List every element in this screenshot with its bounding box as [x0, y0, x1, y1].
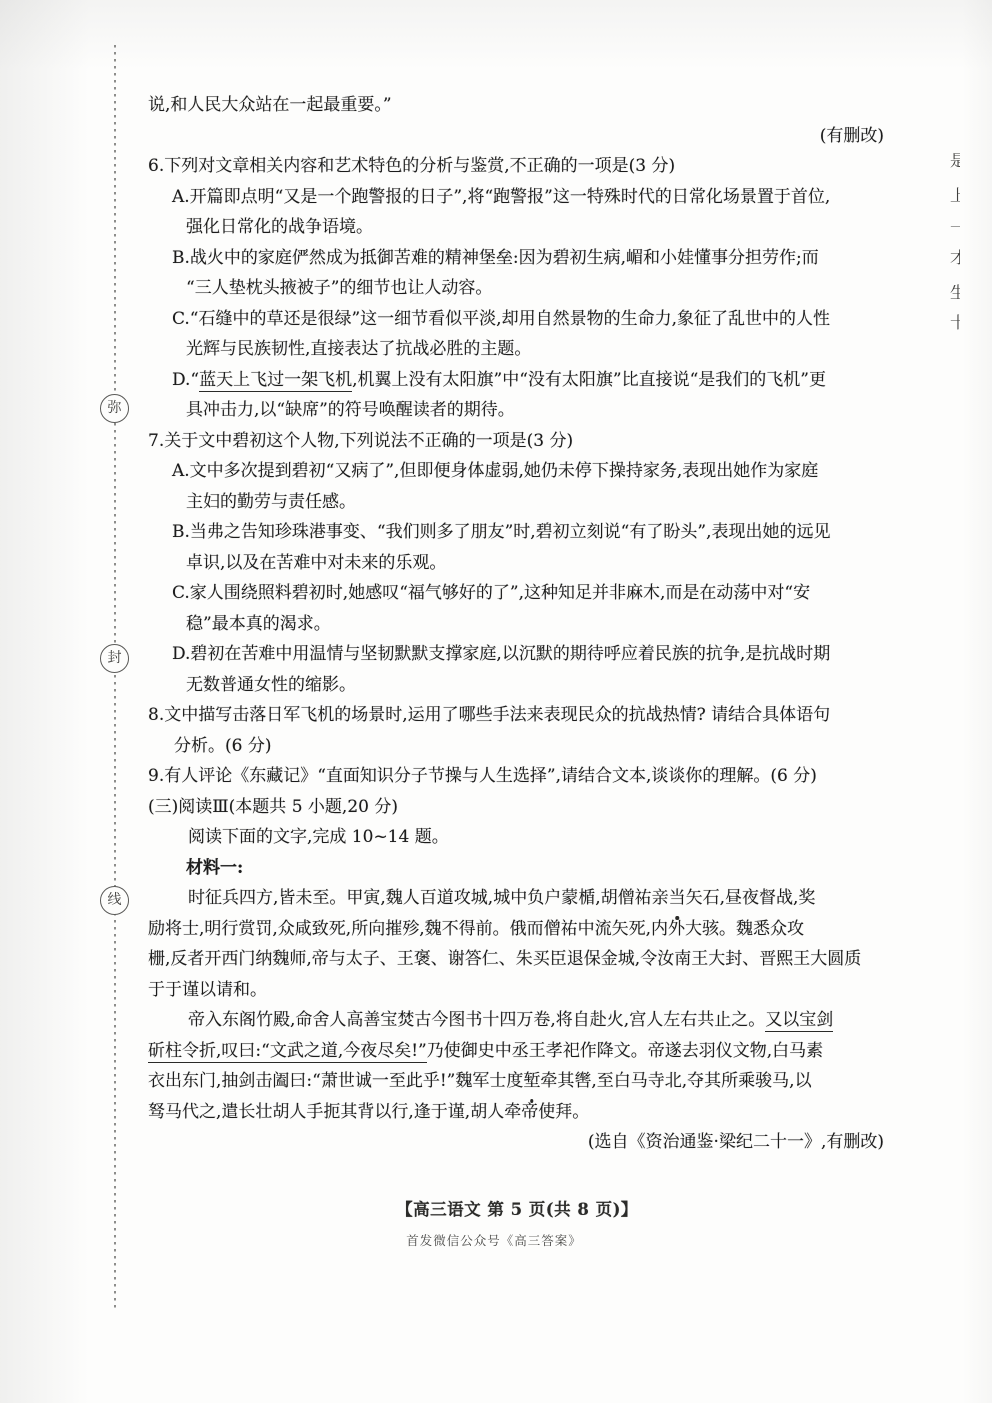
- edge-fragment: 才: [950, 245, 960, 267]
- material-1-paragraph-2-line1: 帝入东阁竹殿,命舍人高善宝焚古今图书十四万卷,将自赴火,宫人左右共止之。又以宝剑: [148, 1005, 912, 1036]
- question-6-stem: 6.下列对文章相关内容和艺术特色的分析与鉴赏,不正确的一项是(3 分): [148, 151, 912, 182]
- option-d-prefix: D.“: [172, 370, 199, 390]
- p2-l3-text-cont: 牵其辔,至白马寺北,夺其所乘骏马,以: [540, 1071, 811, 1091]
- p2-l3-text: 衣出东门,抽剑击阖曰:“萧世诚一至此乎!”魏军士度: [148, 1071, 523, 1091]
- main-text-column: 说,和人民大众站在一起最重要。” (有删改) 6.下列对文章相关内容和艺术特色的…: [148, 90, 912, 1158]
- edge-fragment: 上: [950, 183, 960, 205]
- question-7-option-a-line2: 主妇的勤劳与责任感。: [148, 487, 912, 518]
- option-d-underlined-quote: 蓝天上飞过一架飞机: [199, 370, 352, 392]
- p1-l1-text-cont: 矢石,昼夜督战,奖: [686, 888, 816, 908]
- question-8-line2: 分析。(6 分): [148, 731, 912, 762]
- material-1-paragraph-1-line2: 励将士,明行赏罚,众咸致死,所向摧殄,魏不得前。俄而僧祐中流矢死,内外大骇。魏悉…: [148, 914, 912, 945]
- question-9: 9.有人评论《东藏记》“直面知识分子节操与人生选择”,请结合文本,谈谈你的理解。…: [148, 761, 912, 792]
- question-7-option-d-line2: 无数普通女性的缩影。: [148, 670, 912, 701]
- passage-ending-line: 说,和人民大众站在一起最重要。”: [148, 90, 912, 121]
- section-3-instruction: 阅读下面的文字,完成 10~14 题。: [148, 822, 912, 853]
- p2-l1-text: 帝入东阁竹殿,命舍人高善宝焚古今图书十四万卷,将自赴火,宫人左右共止之。: [188, 1010, 765, 1030]
- question-6-option-a-line1: A.开篇即点明“又是一个跑警报的日子”,将“跑警报”这一特殊时代的日常化场景置于…: [148, 182, 912, 213]
- p2-l2-text: 乃使御史中丞王孝祀作降文。帝遂去羽仪文物,白马素: [427, 1041, 823, 1061]
- material-1-source: (选自《资治通鉴·梁纪二十一》,有删改): [148, 1127, 912, 1158]
- material-1-paragraph-1-line3: 栅,反者开西门纳魏师,帝与太子、王褒、谢答仁、朱买臣退保金城,令汝南王大封、晋熙…: [148, 944, 912, 975]
- question-7-option-c-line1: C.家人围绕照料碧初时,她感叹“福气够好的了”,这种知足并非麻木,而是在动荡中对…: [148, 578, 912, 609]
- edge-fragment: 一: [950, 215, 960, 237]
- question-7-stem: 7.关于文中碧初这个人物,下列说法不正确的一项是(3 分): [148, 426, 912, 457]
- question-7-option-d-line1: D.碧初在苦难中用温情与坚韧默默支撑家庭,以沉默的期待呼应着民族的抗争,是抗战时…: [148, 639, 912, 670]
- question-7-option-a-line1: A.文中多次提到碧初“又病了”,但即便身体虚弱,她仍未停下操持家务,表现出她作为…: [148, 456, 912, 487]
- question-6-option-c-line1: C.“石缝中的草还是很绿”这一细节看似平淡,却用自然景物的生命力,象征了乱世中的…: [148, 304, 912, 335]
- option-d-rest: ,机翼上没有太阳旗”中“没有太阳旗”比直接说“是我们的飞机”更: [352, 370, 826, 390]
- question-6-option-d-line1: D.“蓝天上飞过一架飞机,机翼上没有太阳旗”中“没有太阳旗”比直接说“是我们的飞…: [148, 365, 912, 396]
- seal-mark-mi: 弥: [100, 394, 129, 423]
- p2-underlined-segment-1: 又以宝剑: [765, 1010, 833, 1032]
- passage-attribution: (有删改): [148, 121, 912, 152]
- material-1-paragraph-1-line1: 时征兵四方,皆未至。甲寅,魏人百道攻城,城中负户蒙楯,胡僧祐亲当矢石,昼夜督战,…: [148, 883, 912, 914]
- question-7-option-c-line2: 稳”最本真的渴求。: [148, 609, 912, 640]
- section-3-heading: (三)阅读Ⅲ(本题共 5 小题,20 分): [148, 792, 912, 823]
- question-7-option-b-line1: B.当弗之告知珍珠港事变、“我们则多了朋友”时,碧初立刻说“有了盼头”,表现出她…: [148, 517, 912, 548]
- p2-underlined-segment-2: 斫柱令折,叹曰:“文武之道,今夜尽矣!”: [148, 1041, 427, 1063]
- question-8-line1: 8.文中描写击落日军飞机的场景时,运用了哪些手法来表现民众的抗战热情? 请结合具…: [148, 700, 912, 731]
- edge-fragment: 生: [950, 280, 960, 302]
- question-6-option-b-line1: B.战火中的家庭俨然成为抵御苦难的精神堡垒:因为碧初生病,嵋和小娃懂事分担劳作;…: [148, 243, 912, 274]
- seal-mark-xian: 线: [100, 886, 129, 915]
- p1-emphasis-dot-char: 当: [669, 883, 686, 914]
- question-6-option-b-line2: “三人垫枕头掖被子”的细节也让人动容。: [148, 273, 912, 304]
- question-6-option-a-line2: 强化日常化的战争语境。: [148, 212, 912, 243]
- seal-dotted-line: [114, 45, 116, 1310]
- question-6-option-c-line2: 光辉与民族韧性,直接表达了抗战必胜的主题。: [148, 334, 912, 365]
- p1-l1-text: 时征兵四方,皆未至。甲寅,魏人百道攻城,城中负户蒙楯,胡僧祐亲: [188, 888, 669, 908]
- material-1-paragraph-2-line2: 斫柱令折,叹曰:“文武之道,今夜尽矣!”乃使御史中丞王孝祀作降文。帝遂去羽仪文物…: [148, 1036, 912, 1067]
- edge-fragment: 十: [950, 310, 960, 332]
- p2-emphasis-dot-char: 堑: [523, 1066, 540, 1097]
- material-1-paragraph-1-line4: 于于谨以请和。: [148, 975, 912, 1006]
- footer-page-number: 【高三语文 第 5 页(共 8 页)】: [396, 1196, 638, 1220]
- question-7-option-b-line2: 卓识,以及在苦难中对未来的乐观。: [148, 548, 912, 579]
- material-1-paragraph-2-line3: 衣出东门,抽剑击阖曰:“萧世诚一至此乎!”魏军士度堑牵其辔,至白马寺北,夺其所乘…: [148, 1066, 912, 1097]
- exam-paper-page: 弥 封 线 是 上 一 才 生 十 说,和人民大众站在一起最重要。” (有删改)…: [0, 0, 992, 1403]
- edge-fragment: 是: [950, 148, 960, 170]
- seal-mark-feng: 封: [100, 644, 129, 673]
- question-6-option-d-line2: 具冲击力,以“缺席”的符号唤醒读者的期待。: [148, 395, 912, 426]
- footer-wechat-note: 首发微信公众号《高三答案》: [406, 1231, 582, 1249]
- material-1-label: 材料一:: [148, 853, 912, 884]
